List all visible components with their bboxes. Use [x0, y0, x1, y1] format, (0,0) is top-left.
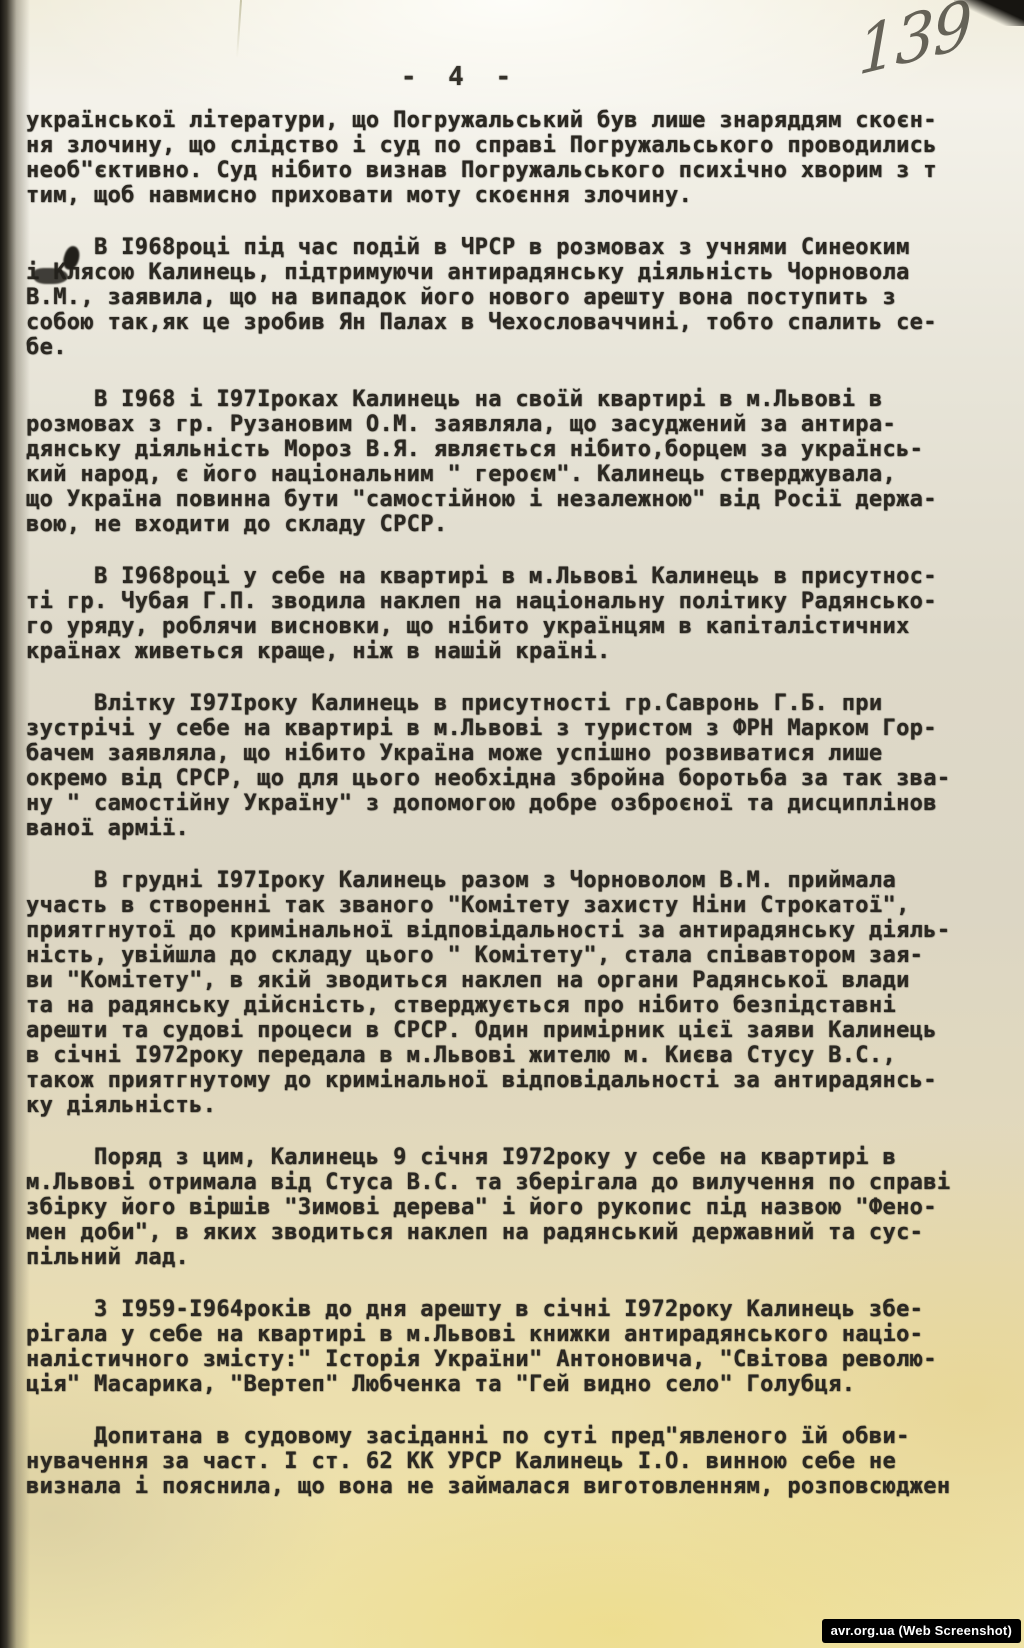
paragraph-2: В І968році під час подій в ЧРСР в розмов… — [26, 235, 1011, 360]
paragraph-3: В І968 і І97Іроках Калинець на своїй ква… — [26, 387, 1011, 537]
document-body: української літератури, що Погружальськи… — [26, 108, 1011, 1526]
paragraph-1: української літератури, що Погружальськи… — [26, 108, 1011, 208]
paragraph-4: В І968році у себе на квартирі в м.Львові… — [26, 564, 1011, 664]
paragraph-7: Поряд з цим, Калинець 9 січня І972року у… — [26, 1145, 1011, 1270]
paragraph-9: Допитана в судовому засіданні по суті пр… — [26, 1424, 1011, 1499]
paper-crease — [236, 0, 242, 58]
paragraph-5: Влітку І97Іроку Калинець в присутності г… — [26, 691, 1011, 841]
typed-page-number: - 4 - — [0, 62, 972, 92]
watermark-badge: avr.org.ua (Web Screenshot) — [822, 1619, 1021, 1643]
paragraph-8: З І959-І964років до дня арешту в січні І… — [26, 1297, 1011, 1397]
scanned-document-page: 139 - 4 - української літератури, що Пог… — [0, 0, 1024, 1648]
paragraph-6: В грудні І97Іроку Калинець разом з Чорно… — [26, 868, 1011, 1118]
